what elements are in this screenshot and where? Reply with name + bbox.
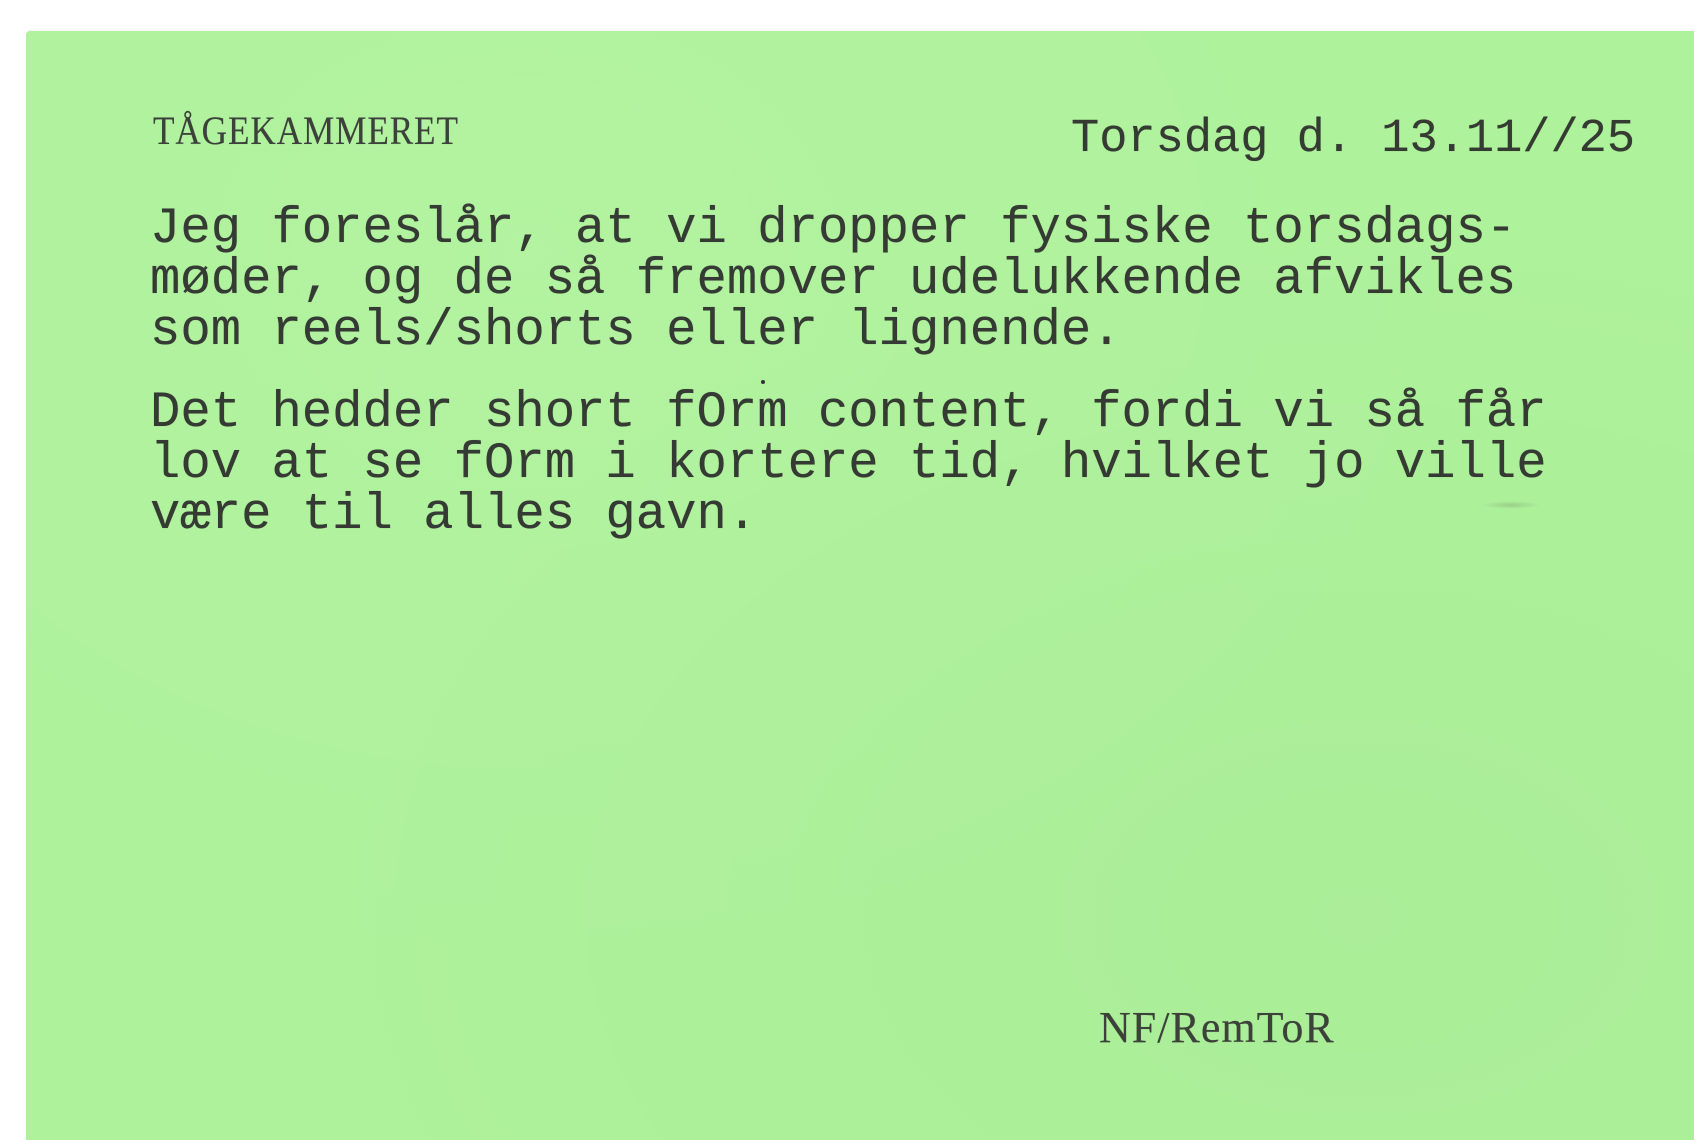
- green-index-card: TÅGEKAMMERET Torsdag d. 13.11//25 Jeg fo…: [26, 31, 1694, 1140]
- paragraph-line: Det hedder short fOrm content, fordi vi …: [150, 388, 1547, 439]
- paragraph-line: lov at se fOrm i kortere tid, hvilket jo…: [150, 439, 1547, 490]
- paragraph-2: Det hedder short fOrm content, fordi vi …: [150, 388, 1547, 541]
- document-heading: TÅGEKAMMERET: [153, 111, 459, 151]
- paragraph-line: som reels/shorts eller lignende.: [150, 306, 1516, 357]
- ink-smudge: [1481, 501, 1541, 509]
- document-date: Torsdag d. 13.11//25: [1071, 116, 1635, 163]
- paragraph-line: møder, og de så fremover udelukkende afv…: [150, 255, 1516, 306]
- paragraph-line: være til alles gavn.: [150, 490, 1547, 541]
- paragraph-line: Jeg foreslår, at vi dropper fysiske tors…: [150, 204, 1516, 255]
- paragraph-1: Jeg foreslår, at vi dropper fysiske tors…: [150, 204, 1516, 357]
- signature: NF/RemToR: [1099, 1006, 1335, 1050]
- stray-ink-dot: [761, 380, 765, 384]
